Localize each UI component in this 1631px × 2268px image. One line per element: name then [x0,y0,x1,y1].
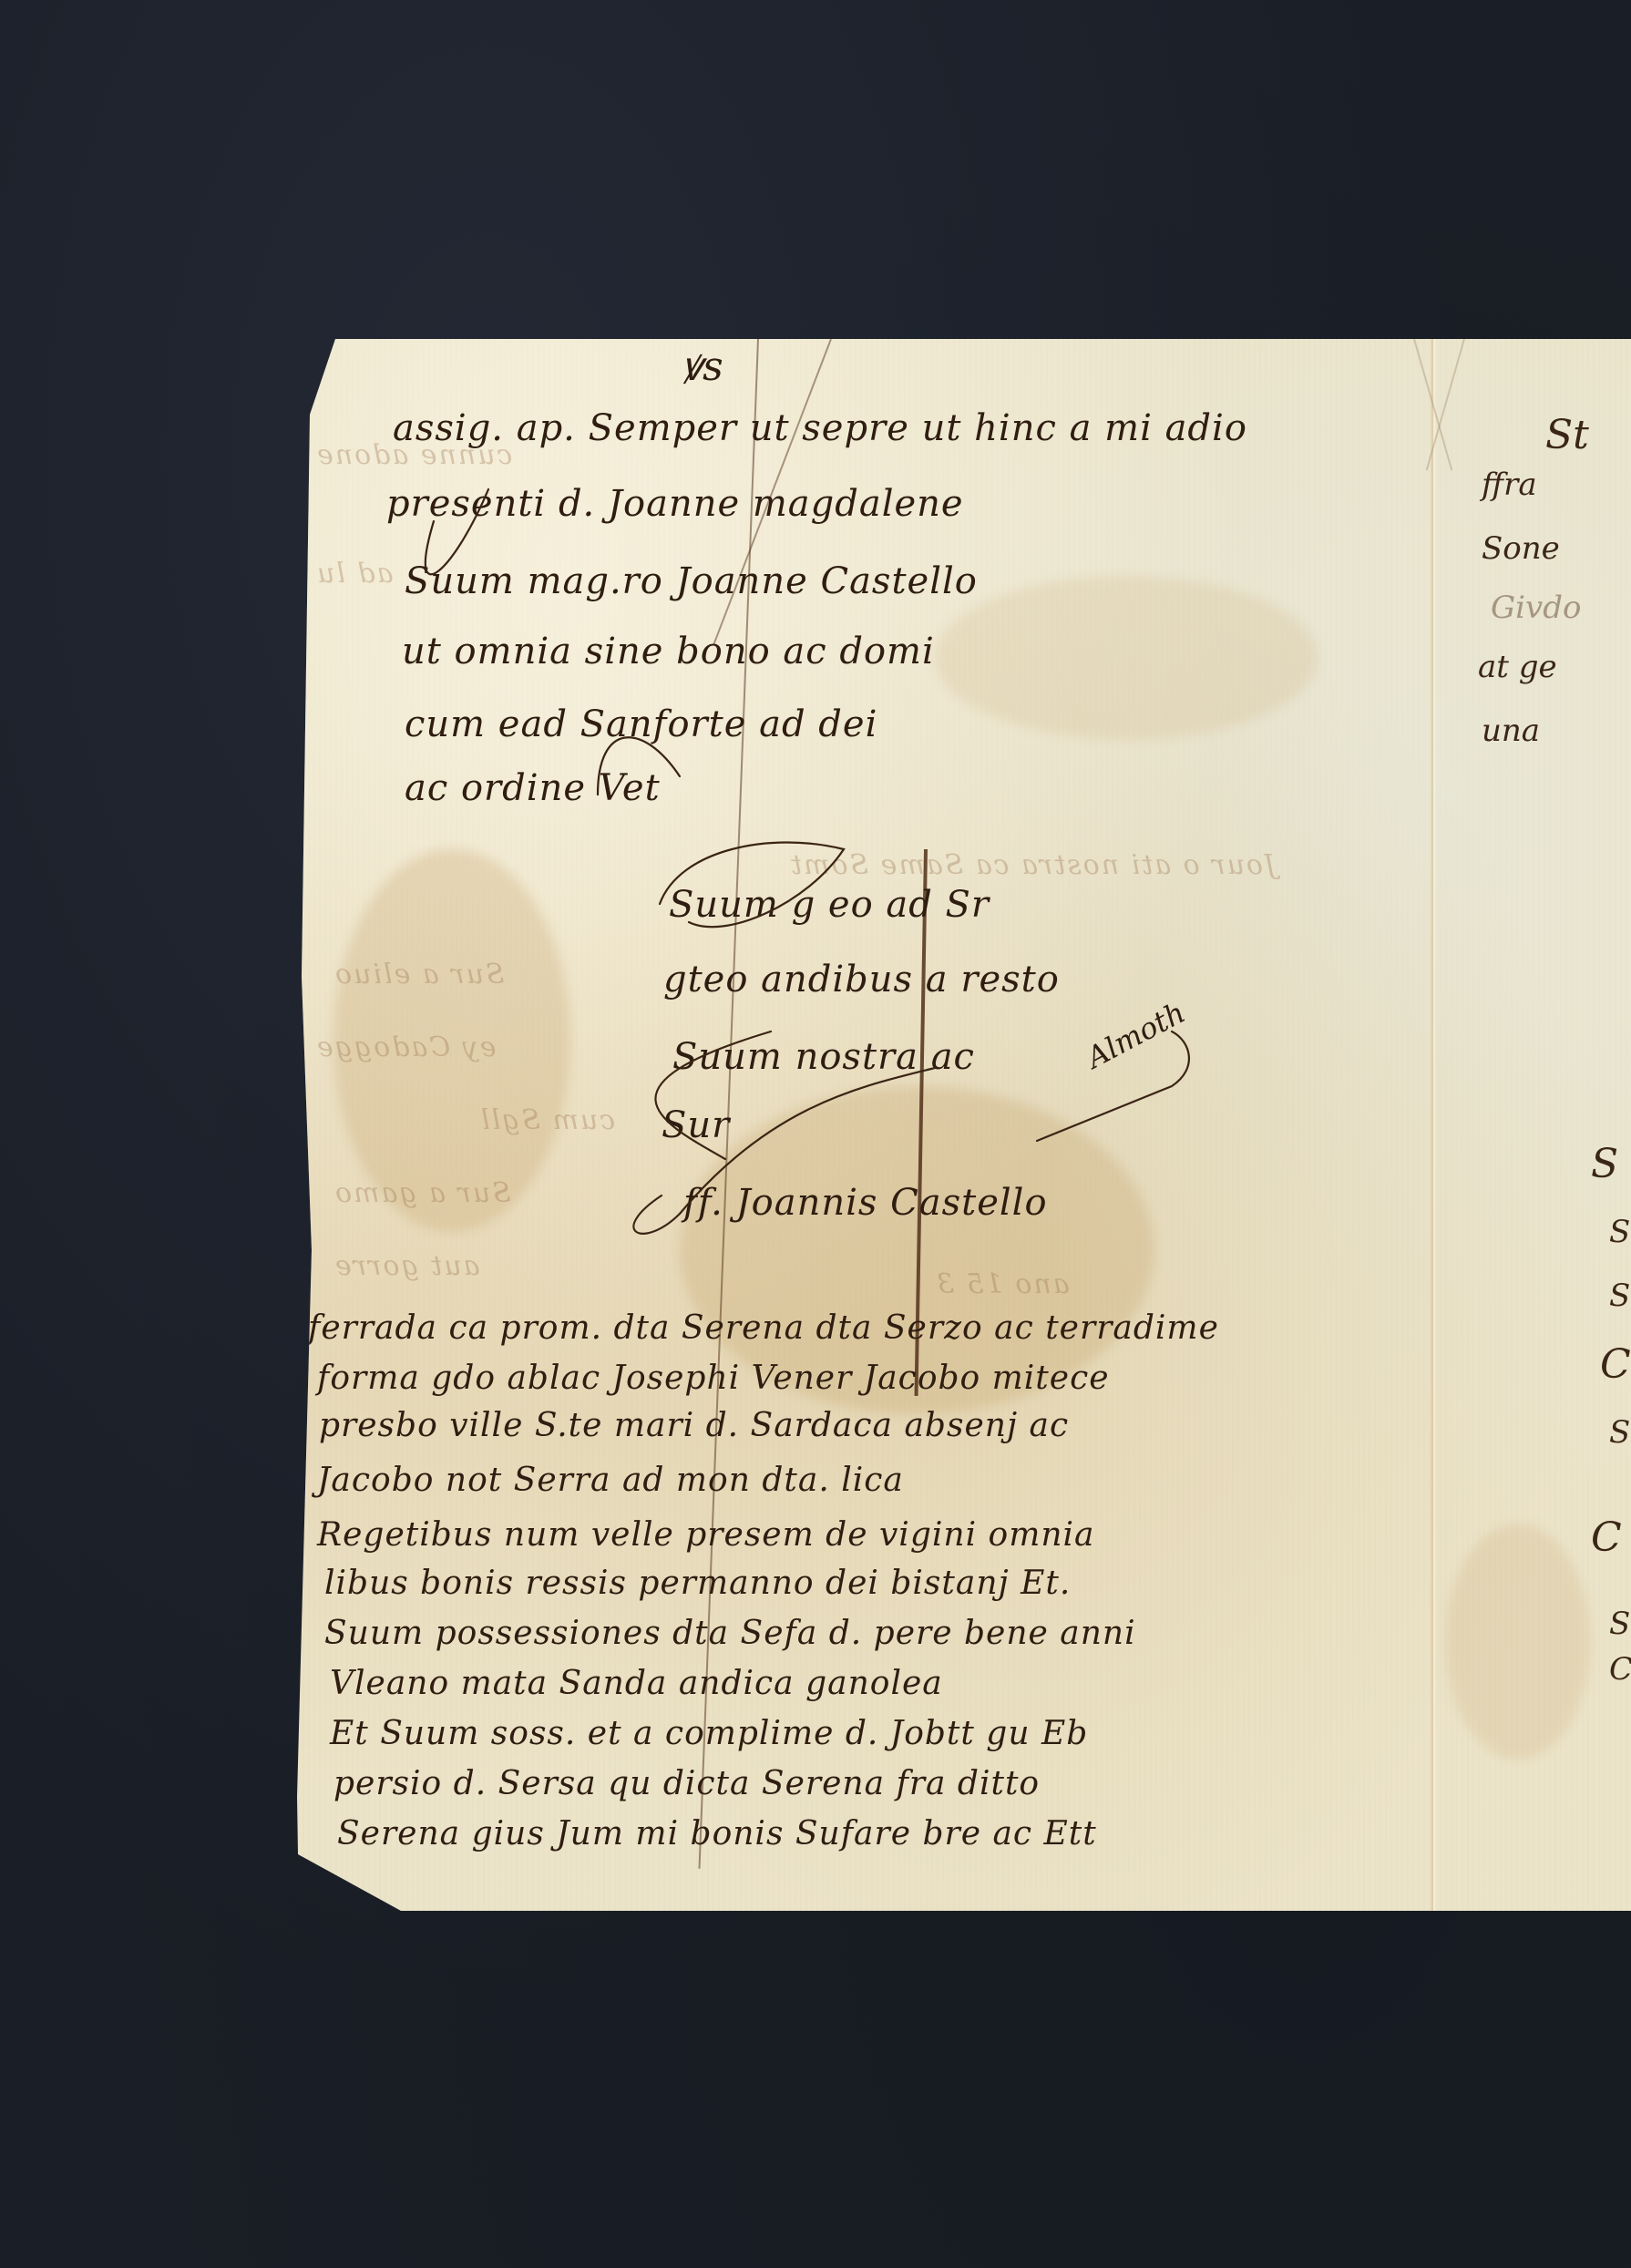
stain [1445,1524,1591,1760]
right-page-fragment: S [1591,1141,1618,1187]
right-page-fragment: Sc [1609,1278,1631,1314]
text-line: ferrada ca prom. dta Serena dta Serzo ac… [308,1309,1219,1347]
right-page-fragment: S [1609,1606,1630,1642]
text-line: presbo ville S.te mari d. Sardaca absenj… [319,1407,1069,1444]
text-line: Vleano mata Sanda andica ganolea [330,1665,943,1702]
pen-flourishes [297,339,1482,1341]
right-page-fragment: C [1609,1651,1631,1688]
right-page-fragment: ffra [1482,467,1537,503]
text-line: libus bonis ressis permanno dei bistanj … [324,1565,1071,1602]
manuscript-sheet: cunne adone ad lu Jour o ati nostra ca S… [297,339,1631,1911]
right-page-fragment: S [1609,1414,1630,1451]
text-line: forma gdo ablac Josephi Vener Jacobo mit… [317,1360,1110,1397]
right-page-fragment: C [1591,1514,1622,1561]
right-page-fragment: Givdo [1491,590,1581,626]
text-line: Jacobo not Serra ad mon dta. lica [317,1462,904,1499]
right-page-fragment: at ge [1478,649,1557,685]
right-page-fragment: St [1545,412,1589,458]
text-line: Serena gius Jum mi bonis Sufare bre ac E… [337,1815,1097,1852]
text-line: Regetibus num velle presem de vigini omn… [317,1516,1095,1554]
right-page-fragment: Se [1609,1214,1631,1250]
right-page-fragment: Sone [1482,530,1560,567]
right-page-fragment: C [1600,1341,1631,1388]
text-line: Et Suum soss. et a complime d. Jobtt gu … [330,1715,1088,1752]
text-line: persio d. Sersa qu dicta Serena fra ditt… [333,1765,1040,1802]
right-page-fragment: una [1482,713,1540,749]
text-line: Suum possessiones dta Sefa d. pere bene … [324,1615,1136,1652]
